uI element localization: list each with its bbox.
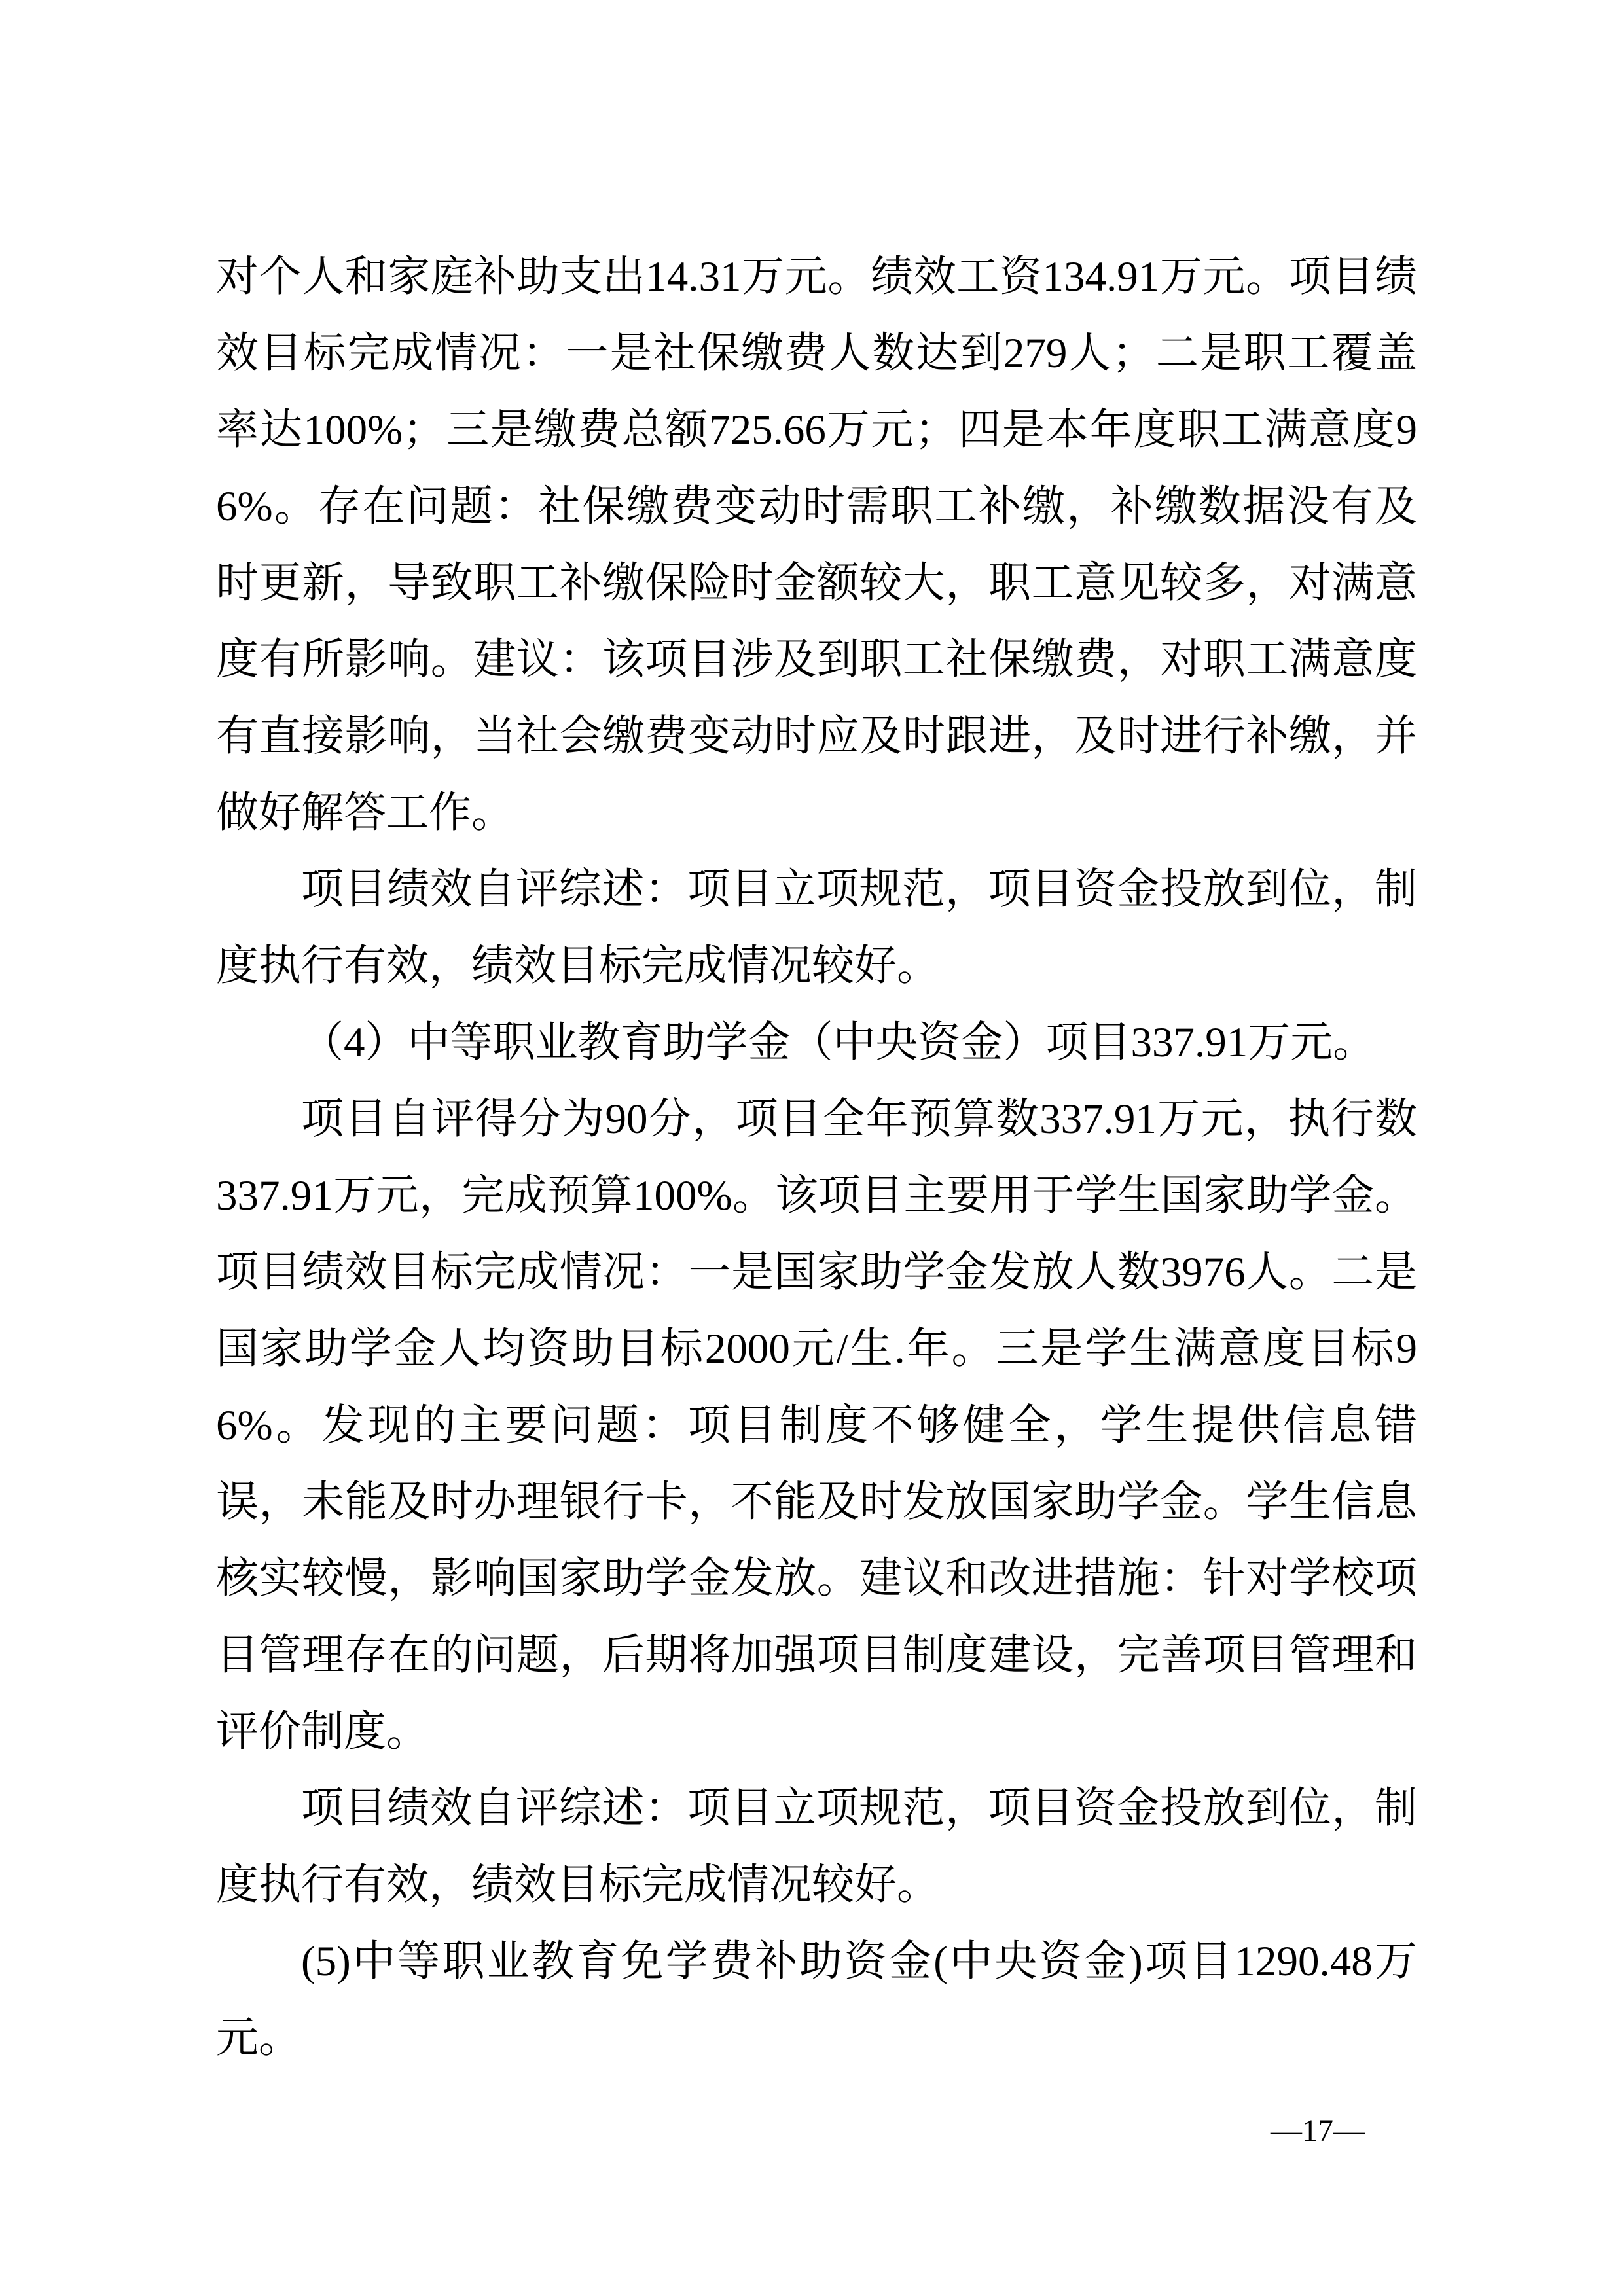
paragraph-self-eval-summary-1: 项目绩效自评综述：项目立项规范，项目资金投放到位，制度执行有效，绩效目标完成情况… [216,852,1417,1005]
paragraph-item-5-heading: (5)中等职业教育免学费补助资金(中央资金)项目1290.48万元。 [216,1924,1417,2077]
document-body: 对个人和家庭补助支出14.31万元。绩效工资134.91万元。项目绩效目标完成情… [216,239,1417,2077]
paragraph-continuation: 对个人和家庭补助支出14.31万元。绩效工资134.91万元。项目绩效目标完成情… [216,239,1417,852]
page-number: —17— [1271,2113,1365,2149]
paragraph-item-4-heading: （4）中等职业教育助学金（中央资金）项目337.91万元。 [216,1005,1417,1081]
document-page: 对个人和家庭补助支出14.31万元。绩效工资134.91万元。项目绩效目标完成情… [0,0,1624,2296]
paragraph-self-eval-summary-2: 项目绩效自评综述：项目立项规范，项目资金投放到位，制度执行有效，绩效目标完成情况… [216,1770,1417,1924]
paragraph-item-4-detail: 项目自评得分为90分，项目全年预算数337.91万元，执行数337.91万元，完… [216,1081,1417,1770]
